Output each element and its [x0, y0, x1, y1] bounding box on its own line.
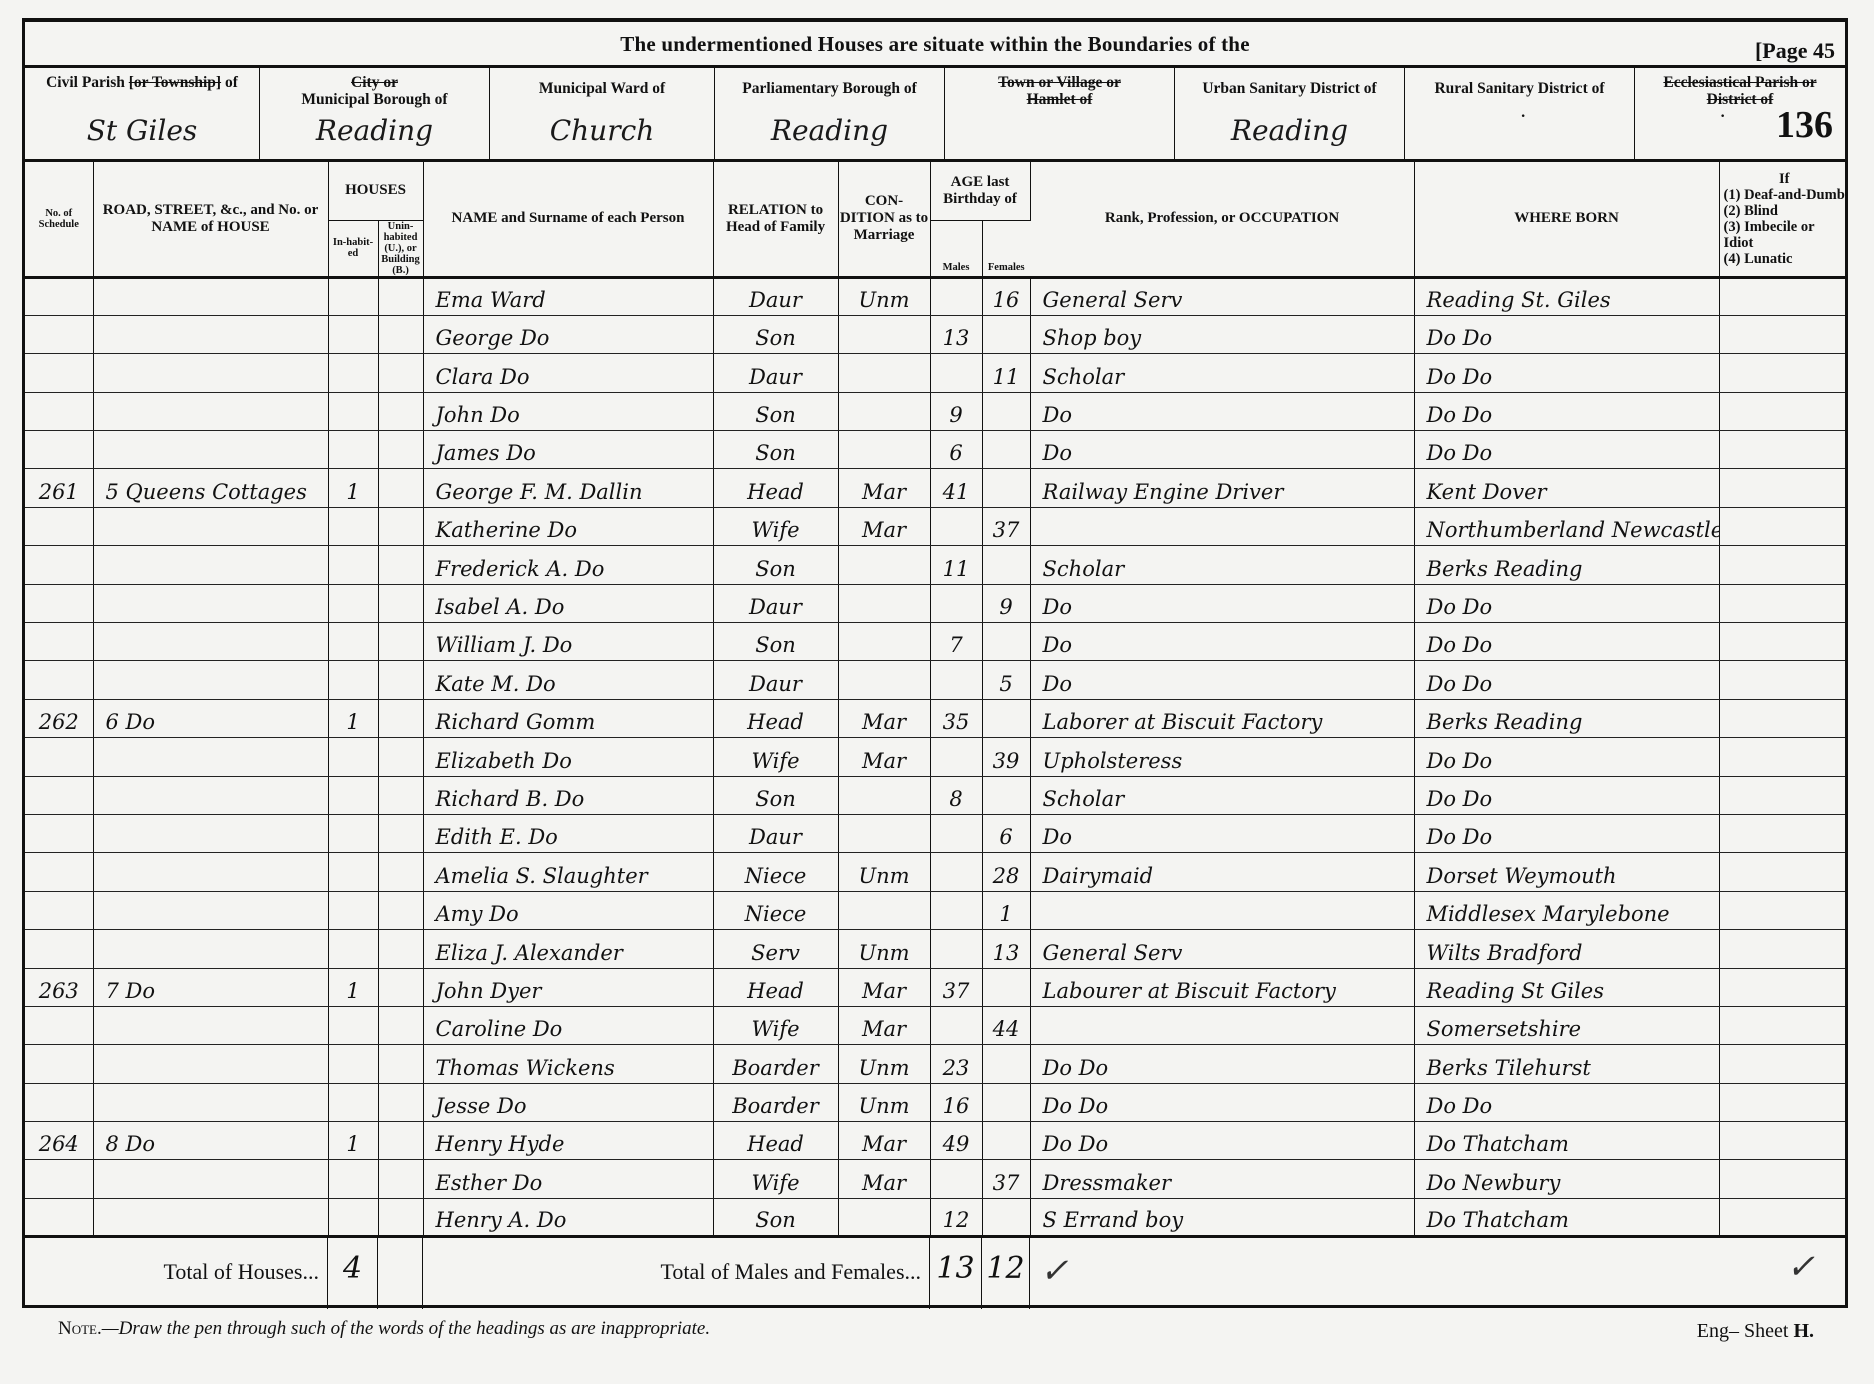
- uninhabited-count-cell: [378, 661, 423, 699]
- table-row: Amelia S. SlaughterNieceUnm28DairymaidDo…: [25, 853, 1845, 891]
- uninhabited-count-cell: [378, 507, 423, 545]
- schedule-number-cell: [25, 1006, 93, 1044]
- birthplace-cell: Northumberland Newcastle: [1414, 507, 1719, 545]
- table-row: Frederick A. DoSon11ScholarBerks Reading: [25, 546, 1845, 584]
- male-age-cell: 35: [930, 699, 982, 737]
- uninhabited-count-cell: [378, 930, 423, 968]
- marital-condition-cell: Mar: [838, 699, 930, 737]
- female-age-cell: [982, 699, 1030, 737]
- schedule-number-cell: [25, 354, 93, 392]
- marital-condition-cell: [838, 546, 930, 584]
- table-row: Isabel A. DoDaur9DoDo Do: [25, 584, 1845, 622]
- boundary-label-struck: Ecclesiastical Parish or: [1635, 74, 1845, 91]
- schedule-number-cell: [25, 930, 93, 968]
- female-age-cell: [982, 1198, 1030, 1236]
- uninhabited-count-cell: [378, 546, 423, 584]
- total-females-cell: 12: [982, 1237, 1030, 1309]
- schedule-number-cell: [25, 546, 93, 584]
- table-row: Henry A. DoSon12S Errand boyDo Thatcham: [25, 1198, 1845, 1236]
- infirmity-line: (1) Deaf-and-Dumb: [1724, 187, 1846, 203]
- infirmity-line: (4) Lunatic: [1724, 251, 1846, 267]
- marital-condition-cell: [838, 776, 930, 814]
- person-name-cell: Amelia S. Slaughter: [423, 853, 713, 891]
- uninhabited-count-cell: [378, 1160, 423, 1198]
- boundary-value: ·: [1520, 103, 1527, 129]
- col-infirmity: If (1) Deaf-and-Dumb (2) Blind (3) Imbec…: [1719, 162, 1845, 277]
- marital-condition-cell: Unm: [838, 853, 930, 891]
- schedule-number-cell: [25, 776, 93, 814]
- infirmity-cell: [1719, 546, 1845, 584]
- female-age-cell: 13: [982, 930, 1030, 968]
- female-age-cell: 37: [982, 507, 1030, 545]
- census-table: No. of Schedule ROAD, STREET, &c., and N…: [25, 162, 1845, 1238]
- birthplace-cell: Do Do: [1414, 776, 1719, 814]
- col-occupation: Rank, Profession, or OCCUPATION: [1030, 162, 1414, 277]
- person-name-cell: Ema Ward: [423, 277, 713, 315]
- occupation-cell: Do: [1030, 623, 1414, 661]
- relation-to-head-cell: Son: [713, 392, 838, 430]
- marital-condition-cell: Mar: [838, 469, 930, 507]
- female-age-cell: 1: [982, 891, 1030, 929]
- occupation-cell: General Serv: [1030, 930, 1414, 968]
- person-name-cell: Richard Gomm: [423, 699, 713, 737]
- birthplace-cell: Do Do: [1414, 584, 1719, 622]
- total-persons-label-cell: Total of Males and Females...: [423, 1237, 930, 1309]
- marital-condition-cell: Mar: [838, 968, 930, 1006]
- boundary-label-struck: City or: [260, 74, 489, 91]
- occupation-cell: General Serv: [1030, 277, 1414, 315]
- census-rows: Ema WardDaurUnm16General ServReading St.…: [25, 277, 1845, 1237]
- house-address-cell: [93, 1006, 328, 1044]
- table-row: 2637 Do1John DyerHeadMar37Labourer at Bi…: [25, 968, 1845, 1006]
- birthplace-cell: Somersetshire: [1414, 1006, 1719, 1044]
- schedule-number-cell: [25, 277, 93, 315]
- boundary-town-village: Town or Village orHamlet of: [945, 68, 1175, 159]
- marital-condition-cell: Mar: [838, 1160, 930, 1198]
- sheet-identifier: Eng– Sheet H.: [1697, 1320, 1814, 1343]
- house-address-cell: 8 Do: [93, 1122, 328, 1160]
- marital-condition-cell: [838, 891, 930, 929]
- total-uninhabited-cell: [378, 1237, 423, 1309]
- male-age-cell: [930, 814, 982, 852]
- boundary-municipal-borough: City orMunicipal Borough of Reading: [260, 68, 490, 159]
- boundary-value: St Giles: [25, 114, 259, 147]
- occupation-cell: Shop boy: [1030, 315, 1414, 353]
- person-name-cell: Amy Do: [423, 891, 713, 929]
- table-row: Richard B. DoSon8ScholarDo Do: [25, 776, 1845, 814]
- table-row: Elizabeth DoWifeMar39UpholsteressDo Do: [25, 738, 1845, 776]
- inhabited-count-cell: [328, 1198, 378, 1236]
- col-condition: CON-DITION as to Marriage: [838, 162, 930, 277]
- total-persons-label: Total of Males and Females...: [660, 1259, 921, 1285]
- male-age-cell: [930, 853, 982, 891]
- boundary-label-struck: Rural Sanitary District of: [1405, 80, 1634, 97]
- female-age-cell: 16: [982, 277, 1030, 315]
- house-address-cell: [93, 891, 328, 929]
- col-uninhabited: Unin-habited (U.), or Building (B.): [378, 220, 423, 277]
- boundary-value: Reading: [1175, 114, 1404, 147]
- relation-to-head-cell: Daur: [713, 277, 838, 315]
- sheet-prefix: Eng– Sheet: [1697, 1320, 1794, 1342]
- marital-condition-cell: Mar: [838, 738, 930, 776]
- male-age-cell: [930, 661, 982, 699]
- table-row: Amy DoNiece1Middlesex Marylebone: [25, 891, 1845, 929]
- occupation-cell: Do: [1030, 431, 1414, 469]
- total-houses-value: 4: [328, 1251, 377, 1286]
- inhabited-count-cell: [328, 930, 378, 968]
- female-age-cell: [982, 776, 1030, 814]
- total-males-value: 13: [930, 1251, 981, 1286]
- infirmity-cell: [1719, 584, 1845, 622]
- marital-condition-cell: Unm: [838, 277, 930, 315]
- inhabited-count-cell: [328, 853, 378, 891]
- female-age-cell: 37: [982, 1160, 1030, 1198]
- inhabited-count-cell: [328, 1083, 378, 1121]
- male-age-cell: 11: [930, 546, 982, 584]
- female-age-cell: 5: [982, 661, 1030, 699]
- relation-to-head-cell: Wife: [713, 1006, 838, 1044]
- footnote: Note.—Draw the pen through such of the w…: [58, 1318, 710, 1340]
- relation-to-head-cell: Boarder: [713, 1083, 838, 1121]
- col-age: AGE last Birthday of: [930, 162, 1030, 220]
- relation-to-head-cell: Wife: [713, 1160, 838, 1198]
- occupation-cell: Labourer at Biscuit Factory: [1030, 968, 1414, 1006]
- male-age-cell: [930, 1006, 982, 1044]
- relation-to-head-cell: Son: [713, 315, 838, 353]
- male-age-cell: 7: [930, 623, 982, 661]
- page-number: [Page 45: [1755, 38, 1835, 64]
- uninhabited-count-cell: [378, 853, 423, 891]
- birthplace-cell: Do Do: [1414, 1083, 1719, 1121]
- occupation-cell: Do: [1030, 584, 1414, 622]
- house-address-cell: [93, 1083, 328, 1121]
- total-houses-label-cell: Total of Houses...: [25, 1237, 328, 1309]
- male-age-cell: [930, 507, 982, 545]
- infirmity-cell: [1719, 507, 1845, 545]
- schedule-number-cell: [25, 623, 93, 661]
- birthplace-cell: Dorset Weymouth: [1414, 853, 1719, 891]
- title-bar: The undermentioned Houses are situate wi…: [25, 22, 1845, 68]
- inhabited-count-cell: [328, 431, 378, 469]
- boundary-label-struck: Hamlet of: [945, 91, 1174, 108]
- house-address-cell: [93, 507, 328, 545]
- house-address-cell: [93, 1045, 328, 1083]
- table-row: Thomas WickensBoarderUnm23Do DoBerks Til…: [25, 1045, 1845, 1083]
- person-name-cell: Richard B. Do: [423, 776, 713, 814]
- inhabited-count-cell: 1: [328, 469, 378, 507]
- house-address-cell: [93, 661, 328, 699]
- boundary-label: Urban Sanitary District of: [1175, 80, 1404, 97]
- infirmity-cell: [1719, 469, 1845, 507]
- occupation-cell: Do: [1030, 814, 1414, 852]
- uninhabited-count-cell: [378, 738, 423, 776]
- male-age-cell: 12: [930, 1198, 982, 1236]
- inhabited-count-cell: [328, 1160, 378, 1198]
- house-address-cell: [93, 392, 328, 430]
- uninhabited-count-cell: [378, 431, 423, 469]
- table-row: Ema WardDaurUnm16General ServReading St.…: [25, 277, 1845, 315]
- marital-condition-cell: [838, 1198, 930, 1236]
- inhabited-count-cell: [328, 507, 378, 545]
- infirmity-cell: [1719, 1160, 1845, 1198]
- relation-to-head-cell: Son: [713, 623, 838, 661]
- female-age-cell: [982, 431, 1030, 469]
- schedule-number-cell: [25, 853, 93, 891]
- male-age-cell: [930, 584, 982, 622]
- house-address-cell: [93, 1160, 328, 1198]
- person-name-cell: Jesse Do: [423, 1083, 713, 1121]
- table-row: Kate M. DoDaur5DoDo Do: [25, 661, 1845, 699]
- schedule-number-cell: [25, 738, 93, 776]
- col-females: Females: [982, 220, 1030, 277]
- house-address-cell: [93, 431, 328, 469]
- schedule-number-cell: [25, 1083, 93, 1121]
- infirmity-cell: [1719, 699, 1845, 737]
- birthplace-cell: Berks Tilehurst: [1414, 1045, 1719, 1083]
- inhabited-count-cell: [328, 1045, 378, 1083]
- birthplace-cell: Wilts Bradford: [1414, 930, 1719, 968]
- marital-condition-cell: Mar: [838, 1006, 930, 1044]
- female-age-cell: [982, 1122, 1030, 1160]
- house-address-cell: [93, 354, 328, 392]
- occupation-cell: S Errand boy: [1030, 1198, 1414, 1236]
- schedule-number-cell: [25, 814, 93, 852]
- occupation-cell: Scholar: [1030, 354, 1414, 392]
- person-name-cell: Kate M. Do: [423, 661, 713, 699]
- table-row: Esther DoWifeMar37DressmakerDo Newbury: [25, 1160, 1845, 1198]
- person-name-cell: George Do: [423, 315, 713, 353]
- col-inhabited: In-habit-ed: [328, 220, 378, 277]
- occupation-cell: Do Do: [1030, 1045, 1414, 1083]
- occupation-cell: Dressmaker: [1030, 1160, 1414, 1198]
- marital-condition-cell: Unm: [838, 1083, 930, 1121]
- boundary-label: Civil Parish: [46, 74, 129, 91]
- schedule-number-cell: 261: [25, 469, 93, 507]
- infirmity-cell: [1719, 1122, 1845, 1160]
- table-row: 2626 Do1Richard GommHeadMar35Laborer at …: [25, 699, 1845, 737]
- person-name-cell: Clara Do: [423, 354, 713, 392]
- inhabited-count-cell: [328, 277, 378, 315]
- relation-to-head-cell: Son: [713, 1198, 838, 1236]
- uninhabited-count-cell: [378, 392, 423, 430]
- infirmity-line: (2) Blind: [1724, 203, 1846, 219]
- relation-to-head-cell: Wife: [713, 507, 838, 545]
- person-name-cell: Katherine Do: [423, 507, 713, 545]
- check-mark-icon: ✓: [1040, 1251, 1069, 1291]
- occupation-cell: [1030, 507, 1414, 545]
- marital-condition-cell: [838, 623, 930, 661]
- person-name-cell: William J. Do: [423, 623, 713, 661]
- male-age-cell: [930, 277, 982, 315]
- boundary-value: ·: [1719, 103, 1726, 129]
- female-age-cell: 11: [982, 354, 1030, 392]
- boundary-label: Parliamentary Borough of: [715, 80, 944, 97]
- relation-to-head-cell: Niece: [713, 853, 838, 891]
- marital-condition-cell: Unm: [838, 1045, 930, 1083]
- marital-condition-cell: [838, 814, 930, 852]
- birthplace-cell: Do Do: [1414, 814, 1719, 852]
- marital-condition-cell: Mar: [838, 507, 930, 545]
- birthplace-cell: Do Thatcham: [1414, 1122, 1719, 1160]
- marital-condition-cell: Mar: [838, 1122, 930, 1160]
- inhabited-count-cell: [328, 392, 378, 430]
- person-name-cell: Henry A. Do: [423, 1198, 713, 1236]
- person-name-cell: Isabel A. Do: [423, 584, 713, 622]
- marital-condition-cell: [838, 354, 930, 392]
- table-row: Caroline DoWifeMar44Somersetshire: [25, 1006, 1845, 1044]
- table-row: 2615 Queens Cottages1George F. M. Dallin…: [25, 469, 1845, 507]
- uninhabited-count-cell: [378, 469, 423, 507]
- relation-to-head-cell: Son: [713, 546, 838, 584]
- uninhabited-count-cell: [378, 776, 423, 814]
- male-age-cell: 49: [930, 1122, 982, 1160]
- infirmity-cell: [1719, 814, 1845, 852]
- total-females-value: 12: [982, 1251, 1029, 1286]
- occupation-cell: Do Do: [1030, 1083, 1414, 1121]
- inhabited-count-cell: 1: [328, 699, 378, 737]
- uninhabited-count-cell: [378, 1083, 423, 1121]
- schedule-number-cell: 264: [25, 1122, 93, 1160]
- uninhabited-count-cell: [378, 1122, 423, 1160]
- occupation-cell: Do: [1030, 661, 1414, 699]
- schedule-number-cell: [25, 315, 93, 353]
- totals-row: Total of Houses... 4 Total of Males and …: [25, 1237, 1845, 1309]
- inhabited-count-cell: 1: [328, 968, 378, 1006]
- table-row: James DoSon6DoDo Do: [25, 431, 1845, 469]
- relation-to-head-cell: Boarder: [713, 1045, 838, 1083]
- marital-condition-cell: [838, 584, 930, 622]
- uninhabited-count-cell: [378, 623, 423, 661]
- inhabited-count-cell: [328, 661, 378, 699]
- house-address-cell: [93, 623, 328, 661]
- relation-to-head-cell: Serv: [713, 930, 838, 968]
- schedule-number-cell: [25, 507, 93, 545]
- birthplace-cell: Do Thatcham: [1414, 1198, 1719, 1236]
- total-males-cell: 13: [930, 1237, 982, 1309]
- boundary-value: Reading: [715, 114, 944, 147]
- boundary-label: Municipal Ward of: [490, 80, 714, 97]
- inhabited-count-cell: [328, 1006, 378, 1044]
- schedule-number-cell: [25, 661, 93, 699]
- male-age-cell: [930, 738, 982, 776]
- boundary-civil-parish: Civil Parish [or Township] of St Giles: [25, 68, 260, 159]
- uninhabited-count-cell: [378, 1045, 423, 1083]
- birthplace-cell: Do Do: [1414, 392, 1719, 430]
- house-address-cell: [93, 546, 328, 584]
- schedule-number-cell: 262: [25, 699, 93, 737]
- person-name-cell: Edith E. Do: [423, 814, 713, 852]
- boundary-row: Civil Parish [or Township] of St Giles C…: [25, 68, 1845, 162]
- check-mark-icon: ✓: [1787, 1247, 1816, 1287]
- female-age-cell: 44: [982, 1006, 1030, 1044]
- district-number: 136: [1776, 103, 1833, 147]
- female-age-cell: [982, 1045, 1030, 1083]
- birthplace-cell: Middlesex Marylebone: [1414, 891, 1719, 929]
- occupation-cell: Upholsteress: [1030, 738, 1414, 776]
- infirmity-cell: [1719, 354, 1845, 392]
- female-age-cell: 28: [982, 853, 1030, 891]
- house-address-cell: [93, 315, 328, 353]
- person-name-cell: Caroline Do: [423, 1006, 713, 1044]
- occupation-cell: Do Do: [1030, 1122, 1414, 1160]
- infirmity-cell: [1719, 738, 1845, 776]
- inhabited-count-cell: [328, 354, 378, 392]
- female-age-cell: 6: [982, 814, 1030, 852]
- col-males: Males: [930, 220, 982, 277]
- schedule-number-cell: [25, 891, 93, 929]
- infirmity-cell: [1719, 1083, 1845, 1121]
- birthplace-cell: Reading St. Giles: [1414, 277, 1719, 315]
- relation-to-head-cell: Head: [713, 1122, 838, 1160]
- female-age-cell: [982, 623, 1030, 661]
- inhabited-count-cell: [328, 814, 378, 852]
- occupation-cell: Do: [1030, 392, 1414, 430]
- house-address-cell: [93, 930, 328, 968]
- table-row: George DoSon13Shop boyDo Do: [25, 315, 1845, 353]
- birthplace-cell: Do Do: [1414, 431, 1719, 469]
- infirmity-cell: [1719, 431, 1845, 469]
- birthplace-cell: Berks Reading: [1414, 699, 1719, 737]
- col-schedule: No. of Schedule: [25, 162, 93, 277]
- boundary-municipal-ward: Municipal Ward of Church: [490, 68, 715, 159]
- female-age-cell: 39: [982, 738, 1030, 776]
- relation-to-head-cell: Son: [713, 431, 838, 469]
- table-row: Clara DoDaur11ScholarDo Do: [25, 354, 1845, 392]
- female-age-cell: [982, 546, 1030, 584]
- boundary-value: Reading: [260, 114, 489, 147]
- uninhabited-count-cell: [378, 315, 423, 353]
- marital-condition-cell: Unm: [838, 930, 930, 968]
- uninhabited-count-cell: [378, 1198, 423, 1236]
- relation-to-head-cell: Daur: [713, 814, 838, 852]
- house-address-cell: [93, 738, 328, 776]
- male-age-cell: 13: [930, 315, 982, 353]
- col-road: ROAD, STREET, &c., and No. or NAME of HO…: [93, 162, 328, 277]
- birthplace-cell: Do Do: [1414, 623, 1719, 661]
- infirmity-cell: [1719, 1198, 1845, 1236]
- marital-condition-cell: [838, 661, 930, 699]
- relation-to-head-cell: Wife: [713, 738, 838, 776]
- census-sheet: The undermentioned Houses are situate wi…: [22, 18, 1848, 1308]
- relation-to-head-cell: Daur: [713, 584, 838, 622]
- total-houses-cell: 4: [328, 1237, 378, 1309]
- infirmity-cell: [1719, 1045, 1845, 1083]
- boundary-value: Church: [490, 114, 714, 147]
- marital-condition-cell: [838, 392, 930, 430]
- house-address-cell: [93, 277, 328, 315]
- male-age-cell: [930, 354, 982, 392]
- inhabited-count-cell: [328, 584, 378, 622]
- uninhabited-count-cell: [378, 891, 423, 929]
- female-age-cell: [982, 1083, 1030, 1121]
- male-age-cell: [930, 891, 982, 929]
- house-address-cell: [93, 1198, 328, 1236]
- boundary-parliamentary-borough: Parliamentary Borough of Reading: [715, 68, 945, 159]
- male-age-cell: 37: [930, 968, 982, 1006]
- male-age-cell: 6: [930, 431, 982, 469]
- male-age-cell: 9: [930, 392, 982, 430]
- infirmity-line: (3) Imbecile or Idiot: [1724, 219, 1846, 251]
- table-row: John DoSon9DoDo Do: [25, 392, 1845, 430]
- table-row: William J. DoSon7DoDo Do: [25, 623, 1845, 661]
- table-row: Jesse DoBoarderUnm16Do DoDo Do: [25, 1083, 1845, 1121]
- occupation-cell: Scholar: [1030, 546, 1414, 584]
- infirmity-cell: [1719, 968, 1845, 1006]
- male-age-cell: 8: [930, 776, 982, 814]
- boundary-label-struck: [or Township]: [129, 74, 221, 91]
- uninhabited-count-cell: [378, 354, 423, 392]
- female-age-cell: [982, 392, 1030, 430]
